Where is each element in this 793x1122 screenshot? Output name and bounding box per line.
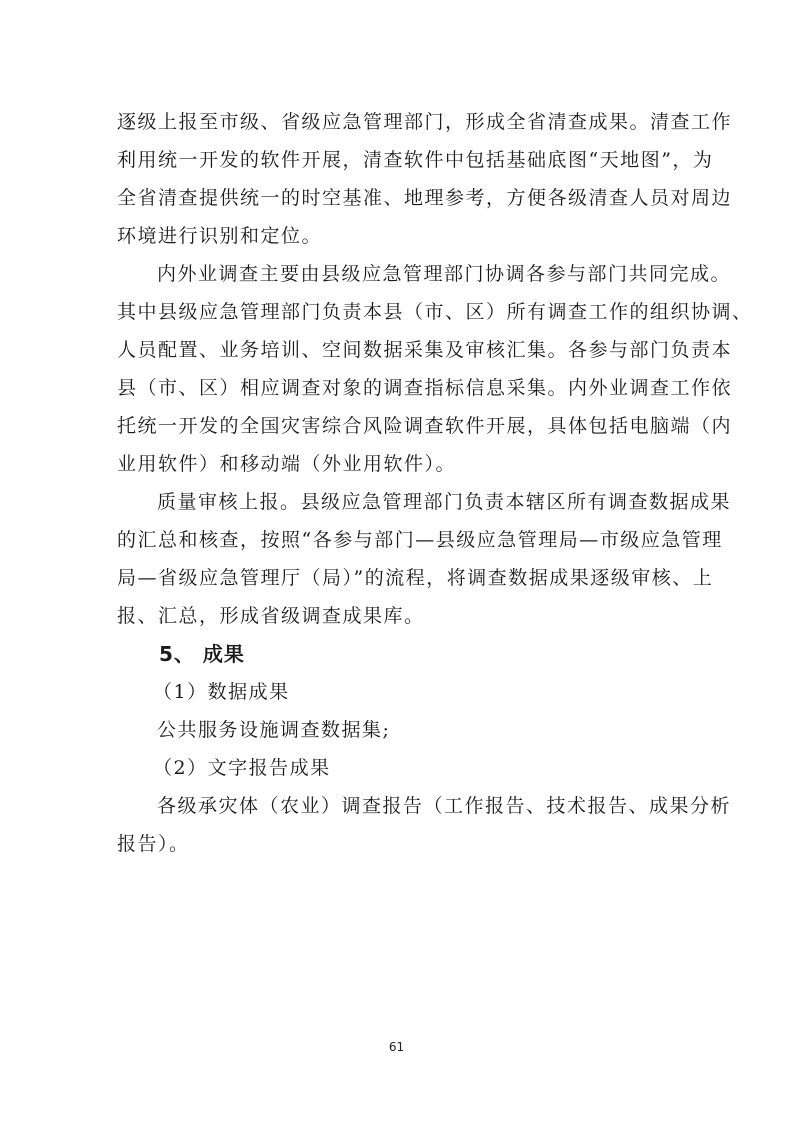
subsection-body-data: 公共服务设施调查数据集; bbox=[117, 711, 679, 749]
section-heading: 5、 成果 bbox=[117, 635, 679, 673]
text-line: 托统一开发的全国灾害综合风险调查软件开展，具体包括电脑端（内 bbox=[117, 407, 679, 445]
document-page: 逐级上报至市级、省级应急管理部门，形成全省清查成果。清查工作 利用统一开发的软件… bbox=[0, 0, 793, 1122]
text-line: 逐级上报至市级、省级应急管理部门，形成全省清查成果。清查工作 bbox=[117, 103, 679, 141]
text-line: 内外业调查主要由县级应急管理部门协调各参与部门共同完成。 bbox=[117, 255, 679, 293]
text-line: 业用软件）和移动端（外业用软件）。 bbox=[117, 445, 679, 483]
text-line: 环境进行识别和定位。 bbox=[117, 217, 679, 255]
text-line: 的汇总和核查，按照“各参与部门—县级应急管理局—市级应急管理 bbox=[117, 521, 679, 559]
paragraph-2: 内外业调查主要由县级应急管理部门协调各参与部门共同完成。 其中县级应急管理部门负… bbox=[117, 255, 679, 483]
text-line: 全省清查提供统一的时空基准、地理参考，方便各级清查人员对周边 bbox=[117, 179, 679, 217]
subsection-heading-report: （2）文字报告成果 bbox=[117, 749, 679, 787]
text-line: 人员配置、业务培训、空间数据采集及审核汇集。各参与部门负责本 bbox=[117, 331, 679, 369]
text-line: 报告）。 bbox=[117, 825, 679, 863]
paragraph-1: 逐级上报至市级、省级应急管理部门，形成全省清查成果。清查工作 利用统一开发的软件… bbox=[117, 103, 679, 255]
text-line: 县（市、区）相应调查对象的调查指标信息采集。内外业调查工作依 bbox=[117, 369, 679, 407]
text-line: 各级承灾体（农业）调查报告（工作报告、技术报告、成果分析 bbox=[117, 787, 679, 825]
text-line: 其中县级应急管理部门负责本县（市、区）所有调查工作的组织协调、 bbox=[117, 293, 679, 331]
subsection-heading-data: （1）数据成果 bbox=[117, 673, 679, 711]
text-line: 局—省级应急管理厅（局）”的流程，将调查数据成果逐级审核、上 bbox=[117, 559, 679, 597]
page-content: 逐级上报至市级、省级应急管理部门，形成全省清查成果。清查工作 利用统一开发的软件… bbox=[117, 103, 679, 863]
paragraph-3: 质量审核上报。县级应急管理部门负责本辖区所有调查数据成果 的汇总和核查，按照“各… bbox=[117, 483, 679, 635]
text-line: 报、汇总，形成省级调查成果库。 bbox=[117, 597, 679, 635]
text-line: 质量审核上报。县级应急管理部门负责本辖区所有调查数据成果 bbox=[117, 483, 679, 521]
page-number: 61 bbox=[0, 1040, 793, 1054]
text-line: 利用统一开发的软件开展，清查软件中包括基础底图“天地图”，为 bbox=[117, 141, 679, 179]
